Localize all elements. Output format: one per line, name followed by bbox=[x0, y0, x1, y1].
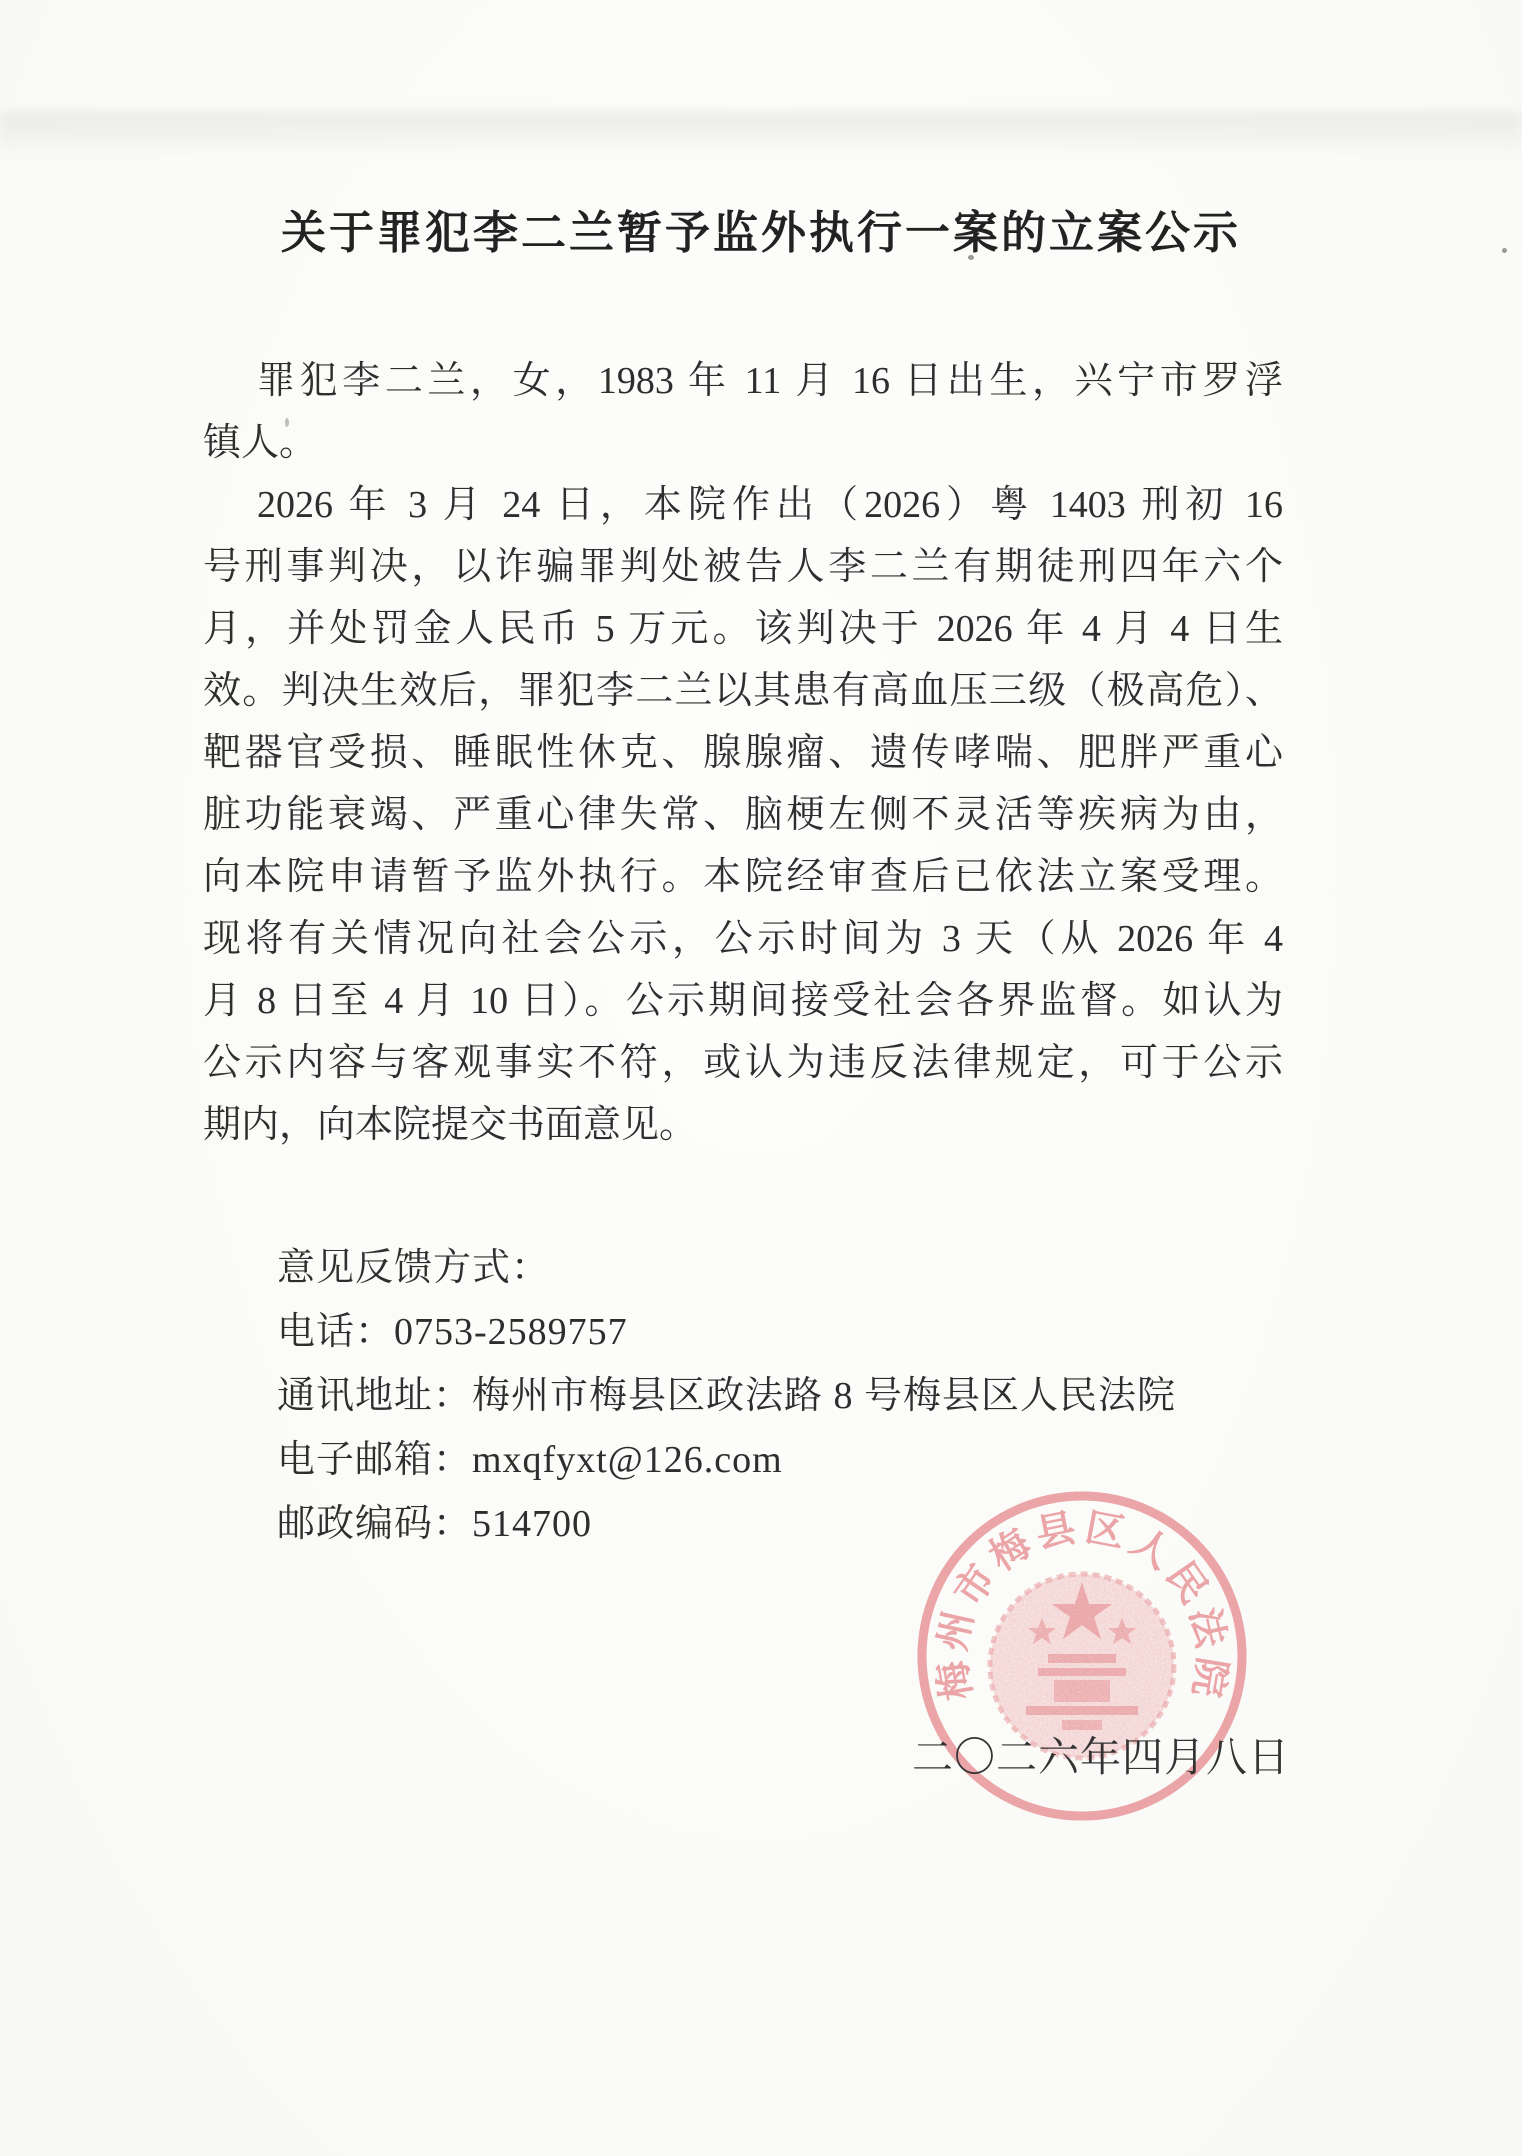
contact-line: 电话：0753-2589757 bbox=[277, 1300, 1277, 1364]
contact-line: 通讯地址：梅州市梅县区政法路 8 号梅县区人民法院 bbox=[277, 1364, 1277, 1428]
body-line: 号刑事判决，以诈骗罪判处被告人李二兰有期徒刑四年六个 bbox=[203, 536, 1283, 598]
scanned-page: 关于罪犯李二兰暂予监外执行一案的立案公示 罪犯李二兰，女，1983 年 11 月… bbox=[0, 0, 1522, 2156]
page-title: 关于罪犯李二兰暂予监外执行一案的立案公示 bbox=[0, 196, 1522, 261]
body-line: 公示内容与客观事实不符，或认为违反法律规定，可于公示 bbox=[203, 1032, 1283, 1094]
body-line: 现将有关情况向社会公示，公示时间为 3 天（从 2026 年 4 bbox=[203, 908, 1283, 970]
body-line: 月，并处罚金人民币 5 万元。该判决于 2026 年 4 月 4 日生 bbox=[203, 598, 1283, 660]
scan-artifact-band bbox=[0, 112, 1522, 168]
body-line: 向本院申请暂予监外执行。本院经审查后已依法立案受理。 bbox=[203, 846, 1283, 908]
body-line: 2026 年 3 月 24 日，本院作出（2026）粤 1403 刑初 16 bbox=[203, 474, 1283, 536]
contact-heading: 意见反馈方式： bbox=[277, 1236, 1277, 1300]
body-line: 靶器官受损、睡眠性休克、腺腺瘤、遗传哮喘、肥胖严重心 bbox=[203, 722, 1283, 784]
body-line: 镇人。 bbox=[203, 412, 1283, 474]
document-date: 二〇二六年四月八日 bbox=[912, 1724, 1332, 1783]
body-line: 月 8 日至 4 月 10 日）。公示期间接受社会各界监督。如认为 bbox=[203, 970, 1283, 1032]
body-line: 罪犯李二兰，女，1983 年 11 月 16 日出生，兴宁市罗浮 bbox=[203, 350, 1283, 412]
body-line: 脏功能衰竭、严重心律失常、脑梗左侧不灵活等疾病为由， bbox=[203, 784, 1283, 846]
body-line: 期内，向本院提交书面意见。 bbox=[203, 1094, 1283, 1156]
body-line: 效。判决生效后，罪犯李二兰以其患有高血压三级（极高危）、 bbox=[203, 660, 1283, 722]
body-text: 罪犯李二兰，女，1983 年 11 月 16 日出生，兴宁市罗浮镇人。2026 … bbox=[203, 350, 1283, 1156]
